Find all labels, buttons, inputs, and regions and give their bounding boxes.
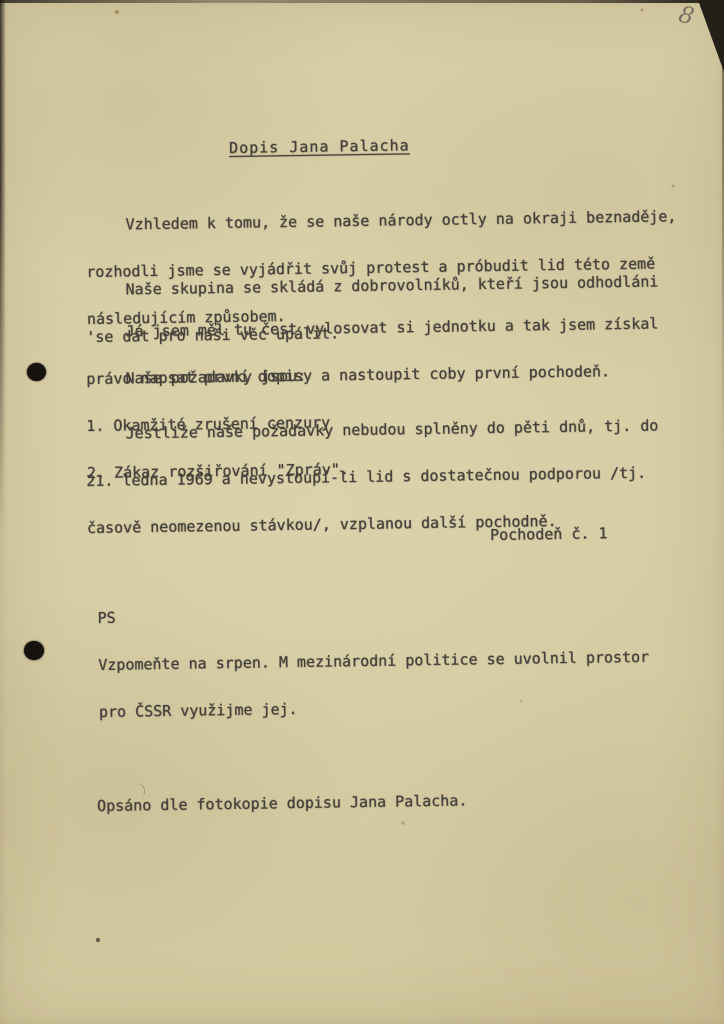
page-edge-left [0, 0, 6, 540]
text-line: Já jsem měl tu čest vylosovat si jednotk… [85, 316, 658, 340]
text-line: Naše požadavky jsou: [85, 368, 347, 388]
postscript-label: PS [97, 602, 648, 626]
handwritten-page-number: 8 [676, 2, 696, 31]
paper-specks [0, 0, 2, 2]
footer-note: Opsáno dle fotokopie dopisu Jana Palacha… [97, 794, 467, 815]
hole-punch-top [27, 363, 46, 381]
text-line: Vzhledem k tomu, že se naše národy octly… [85, 209, 676, 234]
hole-punch-bottom [24, 641, 44, 660]
text-line: Jestliže naše požadavky nebudou splněny … [85, 418, 658, 442]
text-line: pro ČSSR využijme jej. [99, 697, 650, 721]
page-corner-top-right [698, 0, 724, 72]
page-edge-top [0, 0, 724, 3]
document-title: Dopis Jana Palacha [229, 138, 410, 156]
signature-line: Pochodeň č. 1 [490, 526, 608, 544]
postscript: PS Vzpomeňte na srpen. M mezinárodní pol… [97, 571, 650, 753]
text-line: Vzpomeňte na srpen. M mezinárodní politi… [98, 650, 649, 674]
text-line: 21. ledna 1969 a nevystoupí-li lid s dos… [86, 465, 659, 489]
scanned-document-page: 8 Dopis Jana Palacha Vzhledem k tomu, že… [0, 0, 724, 1024]
